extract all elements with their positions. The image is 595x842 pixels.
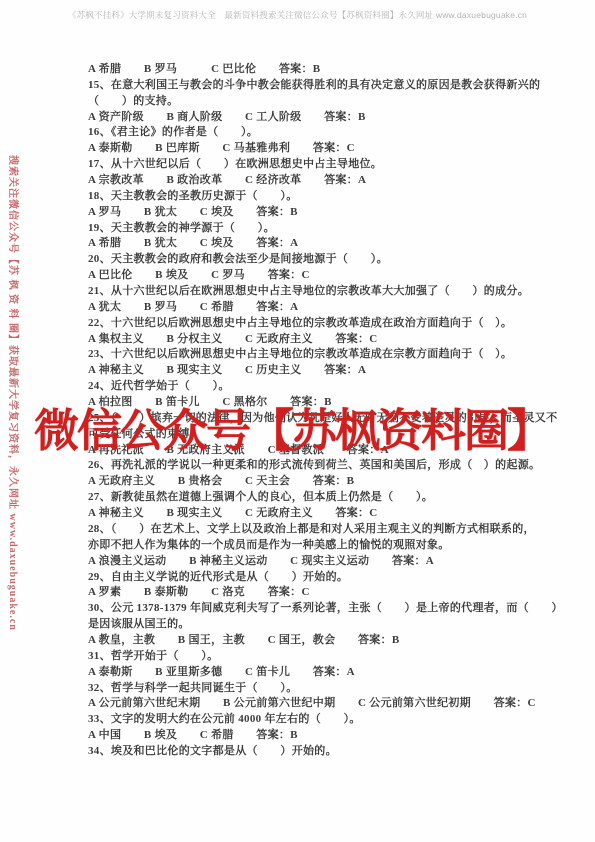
text-line: 33、文字的发明大约在公元前 4000 年左右的（ ）。 (88, 712, 520, 728)
text-line: A 希腊 B 罗马 C 巴比伦 答案：B (88, 62, 520, 78)
text-line: A 公元前第六世纪末期 B 公元前第六世纪中期 C 公元前第六世纪初期 答案：C (88, 696, 520, 712)
text-line: A 希腊 B 犹太 C 埃及 答案：A (88, 236, 520, 252)
text-line: 24、近代哲学始于（ ）。 (88, 379, 520, 395)
text-line: A 罗素 B 泰斯勒 C 洛克 答案：C (88, 585, 520, 601)
text-line: 30、公元 1378-1379 年间威克利夫写了一系列论著，主张（ ）是上帝的代… (88, 601, 520, 617)
text-line: A 神秘主义 B 现实主义 C 无政府主义 答案：C (88, 506, 520, 522)
text-line: A 神秘主义 B 现实主义 C 历史主义 答案：A (88, 363, 520, 379)
text-line: 18、天主教教会的圣教历史源于（ ）。 (88, 189, 520, 205)
text-line: A 罗马 B 犹太 C 埃及 答案：B (88, 205, 520, 221)
text-line: A 中国 B 埃及 C 希腊 答案：B (88, 728, 520, 744)
text-line: 28、（ ）在艺术上、文学上以及政治上都是和对人采用主观主义的判断方式相联系的， (88, 522, 520, 538)
text-line: A 教皇，主教 B 国王，主教 C 国王，教会 答案：B (88, 633, 520, 649)
text-line: 15、在意大利国王与教会的斗争中教会能获得胜利的具有决定意义的原因是教会获得新兴… (88, 78, 520, 94)
text-line: 22、十六世纪以后欧洲思想史中占主导地位的宗教改革造成在政治方面趋向于（ ）。 (88, 316, 520, 332)
text-line: 31、哲学开始于（ ）。 (88, 649, 520, 665)
text-line: 26、再洗礼派的学说以一种更柔和的形式流传到荷兰、英国和美国后，形成（ ）的起源… (88, 458, 520, 474)
text-line: 17、从十六世纪以后（ ）在欧洲思想史中占主导地位。 (88, 157, 520, 173)
text-line: 32、哲学与科学一起共同诞生于（ ）。 (88, 681, 520, 697)
text-line: 亦即不把人作为集体的一个成员而是作为一种美感上的愉悦的观照对象。 (88, 538, 520, 554)
text-line: A 集权主义 B 分权主义 C 无政府主义 答案：C (88, 332, 520, 348)
text-line: 21、从十六世纪以后在欧洲思想史中占主导地位的宗教改革大大加强了（ ）的成分。 (88, 284, 520, 300)
text-line: A 巴比伦 B 埃及 C 罗马 答案：C (88, 268, 520, 284)
text-line: A 浪漫主义运动 B 神秘主义运动 C 现实主义运动 答案：A (88, 554, 520, 570)
text-line: （ ）的支持。 (88, 94, 520, 110)
text-line: 34、埃及和巴比伦的文字都是从（ ）开始的。 (88, 744, 520, 760)
text-line: 27、新教徒虽然在道德上强调个人的良心，但本质上仍然是（ ）。 (88, 490, 520, 506)
text-line: 29、自由主义学说的近代形式是从（ ）开始的。 (88, 570, 520, 586)
text-line: A 无政府主义 B 贵格会 C 天主会 答案：B (88, 474, 520, 490)
text-line: 19、天主教教会的神学源于（ ）。 (88, 221, 520, 237)
text-line: 是因该服从国王的。 (88, 617, 520, 633)
text-line: A 泰斯勒 B 巴库斯 C 马基雅弗利 答案：C (88, 141, 520, 157)
center-red-watermark: 微信公众号【苏枫资料圈】 (34, 394, 550, 459)
page-header-watermark: 《苏枫不挂科》大学期末复习资料大全 最新资料搜索关注微信公众号【苏枫资料圈】永久… (0, 9, 595, 21)
text-line: 20、天主教教会的政府和教会法至少是间接地源于（ ）。 (88, 252, 520, 268)
text-line: A 宗教改革 B 政治改革 C 经济改革 答案：A (88, 173, 520, 189)
text-line: A 资产阶级 B 商人阶级 C 工人阶级 答案：B (88, 110, 520, 126)
text-line: 23、十六世纪以后欧洲思想史中占主导地位的宗教改革造成在宗教方面趋向于（ ）。 (88, 347, 520, 363)
text-line: 16、《君主论》的作者是（ ）。 (88, 125, 520, 141)
document-page: 《苏枫不挂科》大学期末复习资料大全 最新资料搜索关注微信公众号【苏枫资料圈】永久… (0, 0, 595, 842)
text-line: A 泰勒斯 B 亚里斯多德 C 笛卡儿 答案：A (88, 665, 520, 681)
text-line: A 犹太 B 罗马 C 希腊 答案：A (88, 300, 520, 316)
left-margin-watermark: 搜索关注微信公众号【苏 枫 资 料 圈】获取最新大学复习资料，永久网址 www.… (7, 155, 22, 631)
